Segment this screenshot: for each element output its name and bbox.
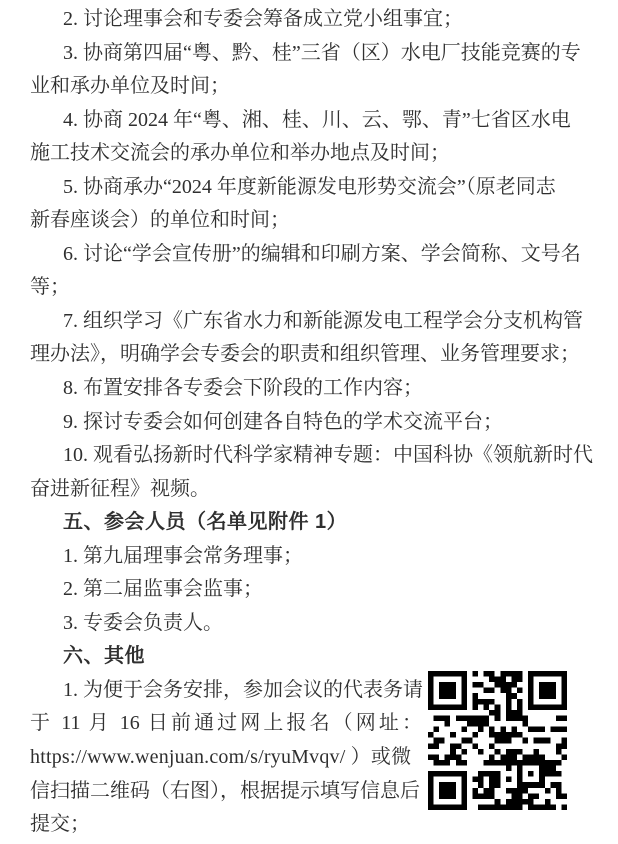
attendee-item-1-line: 1. 第九届理事会常务理事； [30,540,592,574]
agenda-item-9-line: 9. 探讨专委会如何创建各自特色的学术交流平台； [30,406,592,440]
other-item-1-line-2: 于 11 月 16 日前通过网上报名（网址： [30,707,422,741]
agenda-item-8-line: 8. 布置安排各专委会下阶段的工作内容； [30,372,592,406]
agenda-item-4-line-2: 施工技术交流会的承办单位和举办地点及时间； [30,137,592,171]
document-page: 2. 讨论理事会和专委会筹备成立党小组事宜； 3. 协商第四届“粤、黔、桂”三省… [0,0,618,844]
attendee-item-3-line: 3. 专委会负责人。 [30,607,592,641]
registration-url: https://www.wenjuan.com/s/ryuMvqv/ [30,746,345,768]
agenda-item-6-line-2: 等； [30,271,592,305]
agenda-item-10-line-1: 10. 观看弘扬新时代科学家精神专题：中国科协《领航新时代 [30,439,592,473]
section-6-heading: 六、其他 [30,640,592,674]
agenda-item-5-line-1: 5. 协商承办“2024 年度新能源发电形势交流会”（原老同志 [30,171,592,205]
section-5-heading: 五、参会人员（名单见附件 1） [30,506,592,540]
other-item-1-line-3-rest: ）或微 [345,746,411,768]
agenda-item-3-line-1: 3. 协商第四届“粤、黔、桂”三省（区）水电厂技能竞赛的专 [30,37,592,71]
agenda-item-2-line: 2. 讨论理事会和专委会筹备成立党小组事宜； [30,3,592,37]
agenda-item-5-line-2: 新春座谈会）的单位和时间； [30,204,592,238]
agenda-item-4-line-1: 4. 协商 2024 年“粤、湘、桂、川、云、鄂、青”七省区水电 [30,104,592,138]
registration-qr-code [428,671,567,810]
agenda-item-6-line-1: 6. 讨论“学会宣传册”的编辑和印刷方案、学会简称、文号名 [30,238,592,272]
attendee-item-2-line: 2. 第二届监事会监事； [30,573,592,607]
agenda-item-3-line-2: 业和承办单位及时间； [30,70,592,104]
other-item-1-line-5: 提交； [30,808,592,842]
agenda-item-7-line-1: 7. 组织学习《广东省水力和新能源发电工程学会分支机构管 [30,305,592,339]
agenda-item-7-line-2: 理办法》，明确学会专委会的职责和组织管理、业务管理要求； [30,338,592,372]
agenda-item-10-line-2: 奋进新征程》视频。 [30,473,592,507]
